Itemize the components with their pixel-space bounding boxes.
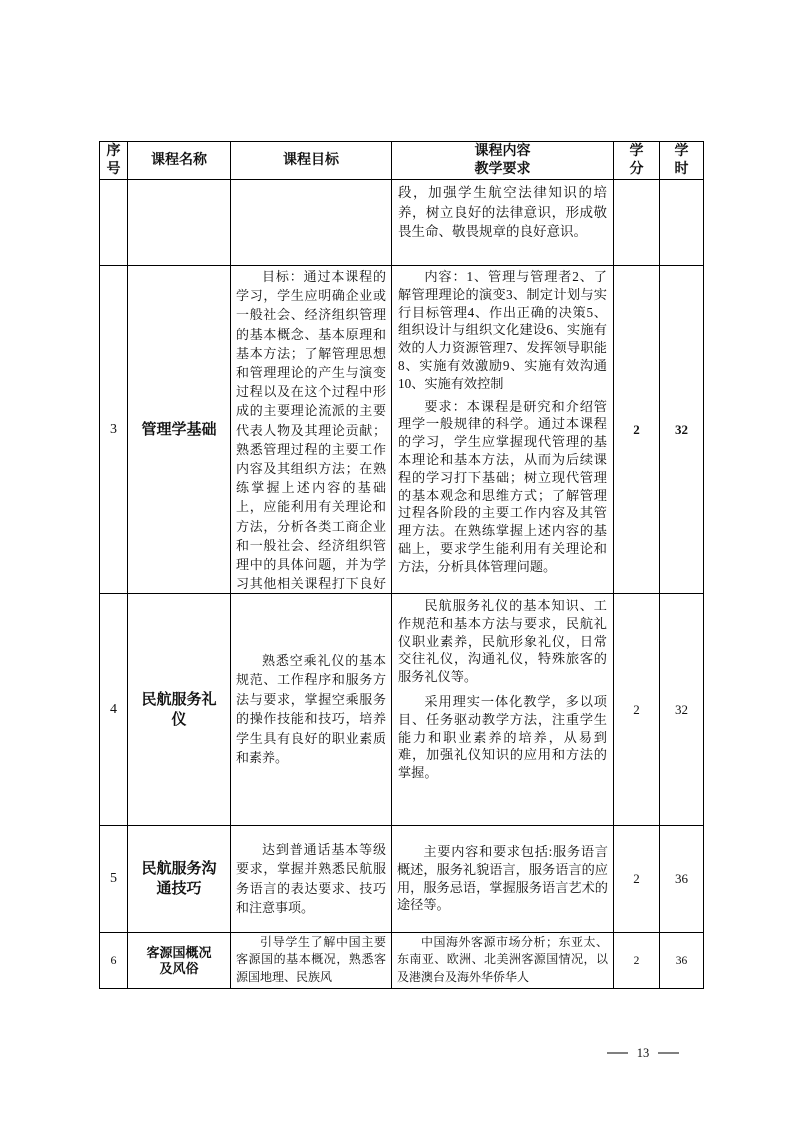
header-content-line2: 教学要求 xyxy=(394,161,611,179)
course-objective-cell: 引导学生了解中国主要客源国的基本概况，熟悉客源国地理、民族风 xyxy=(231,933,392,989)
curriculum-table: 序号 课程名称 课程目标 课程内容 教学要求 学分 学时 段，加强学生航空法律知… xyxy=(99,141,704,989)
course-name: 管理学基础 xyxy=(128,266,231,594)
course-content-cell: 中国海外客源市场分析；东亚太、东南亚、欧洲、北美洲客源国情况，以及港澳台及海外华… xyxy=(392,933,614,989)
course-hours: 32 xyxy=(660,594,704,826)
header-content-line1: 课程内容 xyxy=(394,143,611,161)
course-credits: 2 xyxy=(614,266,660,594)
content-paragraph: 主要内容和要求包括:服务语言概述，服务礼貌语言，服务语言的应用，服务忌语，掌握服… xyxy=(397,843,608,914)
course-content-cell: 段，加强学生航空法律知识的培养，树立良好的法律意识，形成敬畏生命、敬畏规章的良好… xyxy=(392,180,614,266)
objective-paragraph: 熟悉空乘礼仪的基本规范、工作程序和服务方法与要求，掌握空乘服务的操作技能和技巧，… xyxy=(236,651,386,768)
course-hours: 36 xyxy=(660,933,704,989)
course-content-cell: 民航服务礼仪的基本知识、工作规范和基本方法与要求，民航礼仪职业素养，民航形象礼仪… xyxy=(392,594,614,826)
content-paragraph: 段，加强学生航空法律知识的培养，树立良好的法律意识，形成敬畏生命、敬畏规章的良好… xyxy=(398,183,607,242)
page-number: 13 xyxy=(637,1046,650,1061)
content-paragraph: 中国海外客源市场分析；东亚太、东南亚、欧洲、北美洲客源国情况，以及港澳台及海外华… xyxy=(397,934,608,986)
course-seq: 6 xyxy=(100,933,128,989)
course-row-3: 3 管理学基础 目标：通过本课程的学习，学生应明确企业或一般社会、经济组织管理的… xyxy=(100,266,704,594)
document-page: 序号 课程名称 课程目标 课程内容 教学要求 学分 学时 段，加强学生航空法律知… xyxy=(0,0,793,1122)
course-seq-empty xyxy=(100,180,128,266)
course-name-empty xyxy=(128,180,231,266)
objective-paragraph: 引导学生了解中国主要客源国的基本概况，熟悉客源国地理、民族风 xyxy=(236,934,386,986)
content-paragraph: 采用理实一体化教学，多以项目、任务驱动教学方法，注重学生能力和职业素养的培养，从… xyxy=(398,693,607,782)
course-credits: 2 xyxy=(614,933,660,989)
header-course-objective: 课程目标 xyxy=(231,142,392,180)
footer-dash-right xyxy=(658,1052,679,1054)
course-hours-empty xyxy=(660,180,704,266)
course-hours: 32 xyxy=(660,266,704,594)
content-paragraph: 要求：本课程是研究和介绍管理学一般规律的科学。通过本课程的学习，学生应掌握现代管… xyxy=(398,398,607,576)
content-paragraph: 内容：1、管理与管理者2、了解管理理论的演变3、制定计划与实行目标管理4、作出正… xyxy=(398,268,607,393)
course-hours: 36 xyxy=(660,826,704,933)
course-seq: 5 xyxy=(100,826,128,933)
header-hours: 学时 xyxy=(660,142,704,180)
course-objective-cell: 熟悉空乘礼仪的基本规范、工作程序和服务方法与要求，掌握空乘服务的操作技能和技巧，… xyxy=(231,594,392,826)
course-credits-empty xyxy=(614,180,660,266)
course-name: 客源国概况及风俗 xyxy=(128,933,231,989)
course-credits: 2 xyxy=(614,594,660,826)
table-header-row: 序号 课程名称 课程目标 课程内容 教学要求 学分 学时 xyxy=(100,142,704,180)
course-row-continuation: 段，加强学生航空法律知识的培养，树立良好的法律意识，形成敬畏生命、敬畏规章的良好… xyxy=(100,180,704,266)
header-credits: 学分 xyxy=(614,142,660,180)
course-name: 民航服务礼仪 xyxy=(128,594,231,826)
course-name: 民航服务沟通技巧 xyxy=(128,826,231,933)
course-objective-cell: 达到普通话基本等级要求，掌握并熟悉民航服务语言的表达要求、技巧和注意事项。 xyxy=(231,826,392,933)
course-credits: 2 xyxy=(614,826,660,933)
course-content-cell: 主要内容和要求包括:服务语言概述，服务礼貌语言，服务语言的应用，服务忌语，掌握服… xyxy=(392,826,614,933)
header-course-content: 课程内容 教学要求 xyxy=(392,142,614,180)
footer-dash-left xyxy=(607,1052,628,1054)
course-objective-cell-empty xyxy=(231,180,392,266)
header-course-name: 课程名称 xyxy=(128,142,231,180)
course-row-5: 5 民航服务沟通技巧 达到普通话基本等级要求，掌握并熟悉民航服务语言的表达要求、… xyxy=(100,826,704,933)
page-footer: 13 xyxy=(588,1044,698,1062)
objective-paragraph: 达到普通话基本等级要求，掌握并熟悉民航服务语言的表达要求、技巧和注意事项。 xyxy=(236,840,386,917)
content-paragraph: 民航服务礼仪的基本知识、工作规范和基本方法与要求，民航礼仪职业素养，民航形象礼仪… xyxy=(398,597,607,686)
course-content-cell: 内容：1、管理与管理者2、了解管理理论的演变3、制定计划与实行目标管理4、作出正… xyxy=(392,266,614,594)
course-objective-cell: 目标：通过本课程的学习，学生应明确企业或一般社会、经济组织管理的基本概念、基本原… xyxy=(231,266,392,594)
course-row-6: 6 客源国概况及风俗 引导学生了解中国主要客源国的基本概况，熟悉客源国地理、民族… xyxy=(100,933,704,989)
header-seq: 序号 xyxy=(100,142,128,180)
course-seq: 4 xyxy=(100,594,128,826)
course-seq: 3 xyxy=(100,266,128,594)
course-row-4: 4 民航服务礼仪 熟悉空乘礼仪的基本规范、工作程序和服务方法与要求，掌握空乘服务… xyxy=(100,594,704,826)
objective-paragraph: 目标：通过本课程的学习，学生应明确企业或一般社会、经济组织管理的基本概念、基本原… xyxy=(236,267,386,592)
